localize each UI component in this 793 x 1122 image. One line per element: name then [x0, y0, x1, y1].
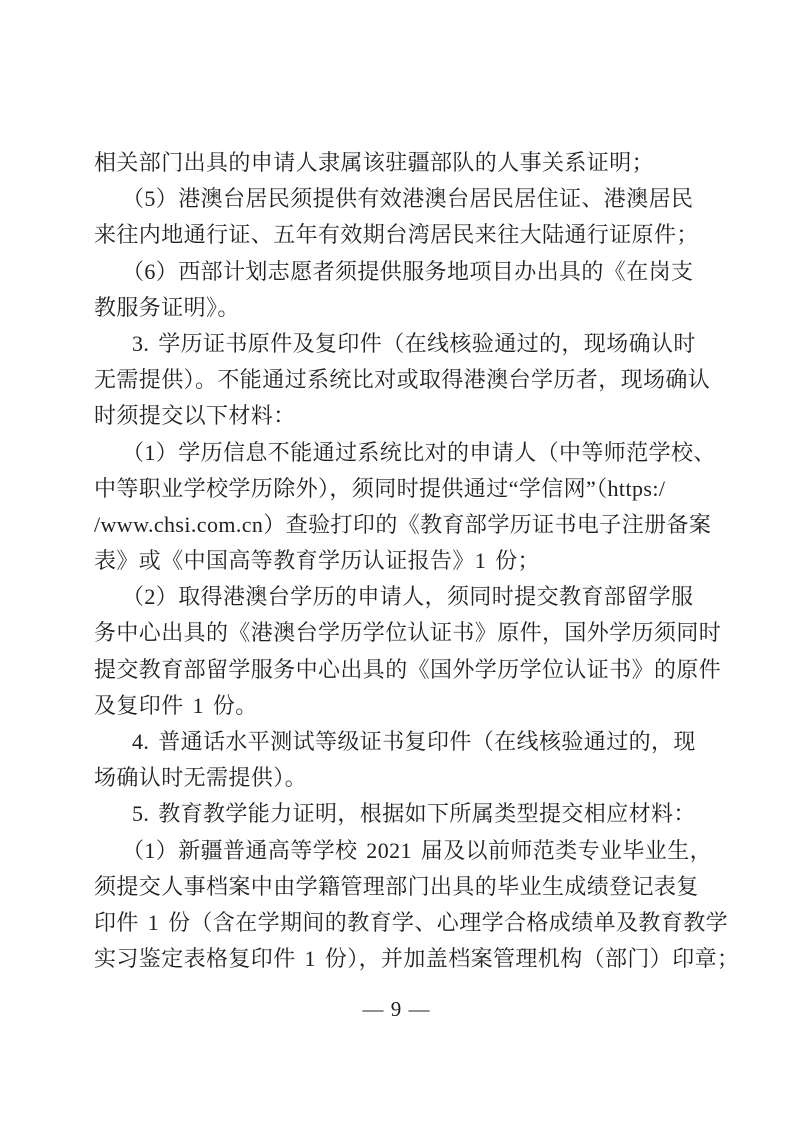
text-line: 实习鉴定表格复印件 1 份），并加盖档案管理机构（部门）印章； [94, 941, 706, 977]
document-page: 相关部门出具的申请人隶属该驻疆部队的人事关系证明；（5）港澳台居民须提供有效港澳… [0, 0, 793, 1122]
text-line: （6）西部计划志愿者须提供服务地项目办出具的《在岗支 [94, 254, 706, 290]
text-line: （1）新疆普通高等学校 2021 届及以前师范类专业毕业生， [94, 833, 706, 869]
text-line: （2）取得港澳台学历的申请人，须同时提交教育部留学服 [94, 579, 706, 615]
text-line: 须提交人事档案中由学籍管理部门出具的毕业生成绩登记表复 [94, 869, 706, 905]
text-line: 表》或《中国高等教育学历认证报告》1 份； [94, 543, 706, 579]
text-line: 提交教育部留学服务中心出具的《国外学历学位认证书》的原件 [94, 652, 706, 688]
text-line: 印件 1 份（含在学期间的教育学、心理学合格成绩单及教育教学 [94, 905, 706, 941]
document-body: 相关部门出具的申请人隶属该驻疆部队的人事关系证明；（5）港澳台居民须提供有效港澳… [94, 145, 706, 977]
text-line: 场确认时无需提供）。 [94, 760, 706, 796]
text-line: （1）学历信息不能通过系统比对的申请人（中等师范学校、 [94, 435, 706, 471]
page-number: — 9 — [0, 997, 793, 1022]
text-line: 3. 学历证书原件及复印件（在线核验通过的，现场确认时 [94, 326, 706, 362]
text-line: 时须提交以下材料： [94, 398, 706, 434]
text-line: 来往内地通行证、五年有效期台湾居民来往大陆通行证原件； [94, 217, 706, 253]
text-line: 务中心出具的《港澳台学历学位认证书》原件，国外学历须同时 [94, 615, 706, 651]
text-line: 教服务证明》。 [94, 290, 706, 326]
text-line: （5）港澳台居民须提供有效港澳台居民居住证、港澳居民 [94, 181, 706, 217]
text-line: 无需提供）。不能通过系统比对或取得港澳台学历者，现场确认 [94, 362, 706, 398]
text-line: 5. 教育教学能力证明，根据如下所属类型提交相应材料： [94, 796, 706, 832]
text-line: 中等职业学校学历除外），须同时提供通过“学信网”（https:/ [94, 471, 706, 507]
text-line: /www.chsi.com.cn）查验打印的《教育部学历证书电子注册备案 [94, 507, 706, 543]
text-line: 相关部门出具的申请人隶属该驻疆部队的人事关系证明； [94, 145, 706, 181]
text-line: 及复印件 1 份。 [94, 688, 706, 724]
text-line: 4. 普通话水平测试等级证书复印件（在线核验通过的，现 [94, 724, 706, 760]
